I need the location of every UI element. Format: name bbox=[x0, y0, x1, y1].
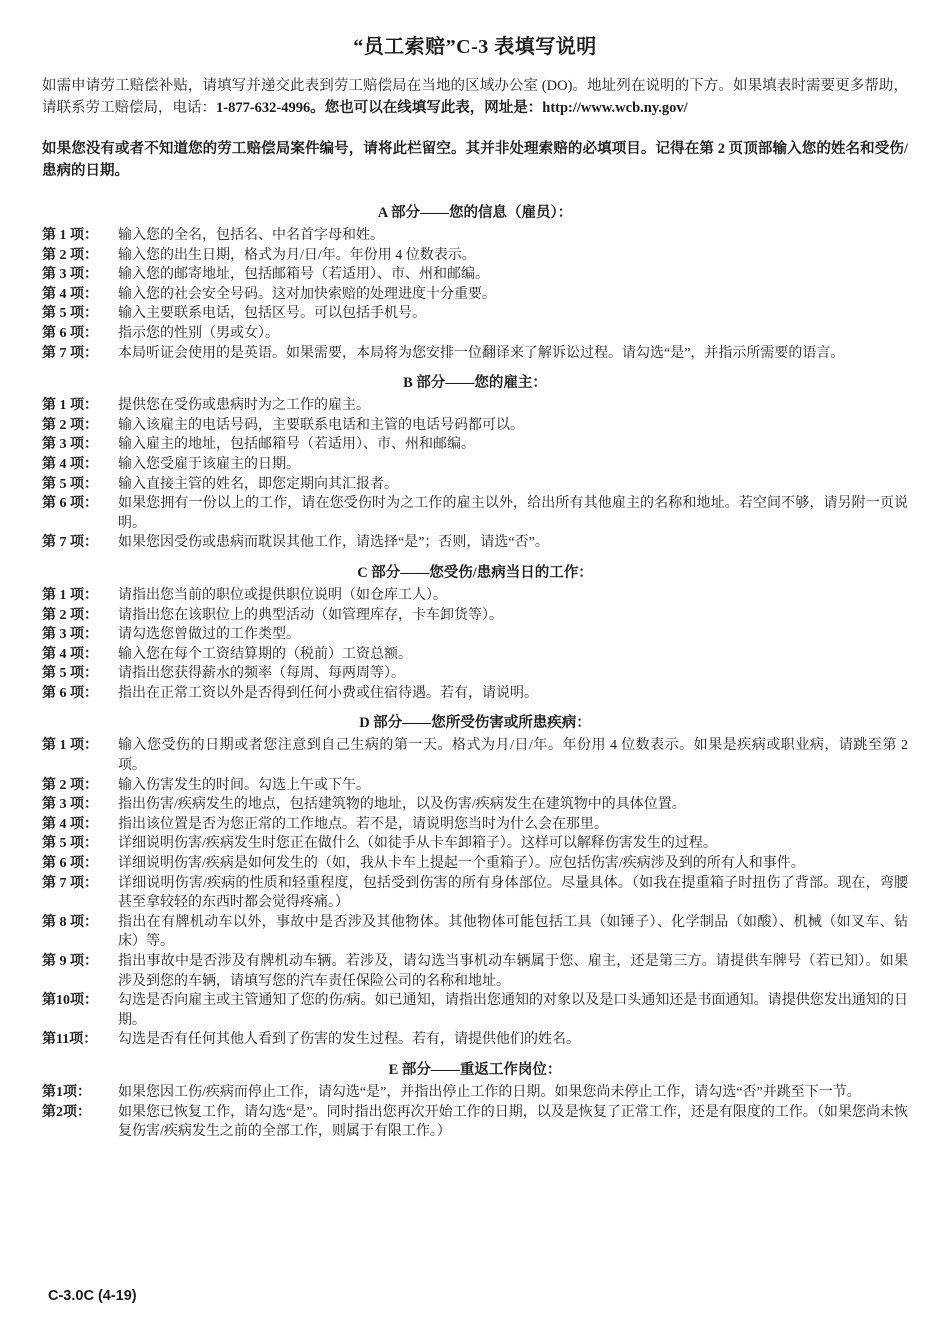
item-number-label: 第 1 项： bbox=[42, 586, 118, 606]
instruction-item: 第 4 项：指出该位置是否为您正常的工作地点。若不是，请说明您当时为什么会在那里… bbox=[42, 815, 908, 835]
item-number-label: 第 2 项： bbox=[42, 606, 118, 626]
instruction-item: 第 6 项：如果您拥有一份以上的工作，请在您受伤时为之工作的雇主以外，给出所有其… bbox=[42, 494, 908, 533]
item-text: 输入您的社会安全号码。这对加快索赔的处理进度十分重要。 bbox=[118, 285, 908, 305]
item-text: 勾选是否向雇主或主管通知了您的伤/病。如已通知，请指出您通知的对象以及是口头通知… bbox=[118, 991, 908, 1030]
section-c: C 部分——您受伤/患病当日的工作： 第 1 项：请指出您当前的职位或提供职位说… bbox=[42, 561, 908, 704]
instruction-item: 第 2 项：输入您的出生日期，格式为月/日/年。年份用 4 位数表示。 bbox=[42, 246, 908, 266]
item-number-label: 第 8 项： bbox=[42, 913, 118, 952]
item-number-label: 第 6 项： bbox=[42, 494, 118, 533]
item-number-label: 第 3 项： bbox=[42, 265, 118, 285]
item-text: 指出事故中是否涉及有牌机动车辆。若涉及，请勾选当事机动车辆属于您、雇主，还是第三… bbox=[118, 952, 908, 991]
instruction-item: 第 7 项：如果您因受伤或患病而耽误其他工作，请选择“是”；否则，请选“否”。 bbox=[42, 533, 908, 553]
item-text: 详细说明伤害/疾病是如何发生的（如，我从卡车上提起一个重箱子）。应包括伤害/疾病… bbox=[118, 854, 908, 874]
item-text: 输入您的邮寄地址，包括邮箱号（若适用）、市、州和邮编。 bbox=[118, 265, 908, 285]
item-number-label: 第 6 项： bbox=[42, 324, 118, 344]
item-number-label: 第 5 项： bbox=[42, 475, 118, 495]
item-text: 本局听证会使用的是英语。如果需要，本局将为您安排一位翻译来了解诉讼过程。请勾选“… bbox=[118, 344, 908, 364]
instruction-item: 第 2 项：请指出您在该职位上的典型活动（如管理库存，卡车卸货等）。 bbox=[42, 606, 908, 626]
section-d: D 部分——您所受伤害或所患疾病： 第 1 项：输入您受伤的日期或者您注意到自己… bbox=[42, 711, 908, 1050]
item-text: 指出该位置是否为您正常的工作地点。若不是，请说明您当时为什么会在那里。 bbox=[118, 815, 908, 835]
item-text: 请指出您在该职位上的典型活动（如管理库存，卡车卸货等）。 bbox=[118, 606, 908, 626]
item-text: 输入您在每个工资结算期的（税前）工资总额。 bbox=[118, 645, 908, 665]
item-number-label: 第 2 项： bbox=[42, 776, 118, 796]
item-text: 请指出您获得薪水的频率（每周、每两周等）。 bbox=[118, 664, 908, 684]
instruction-item: 第 6 项：指出在正常工资以外是否得到任何小费或住宿待遇。若有，请说明。 bbox=[42, 684, 908, 704]
section-b: B 部分——您的雇主： 第 1 项：提供您在受伤或患病时为之工作的雇主。 第 2… bbox=[42, 371, 908, 553]
section-a-heading: A 部分——您的信息（雇员）： bbox=[42, 201, 908, 222]
item-text: 请指出您当前的职位或提供职位说明（如仓库工人）。 bbox=[118, 586, 908, 606]
item-text: 输入该雇主的电话号码，主要联系电话和主管的电话号码都可以。 bbox=[118, 416, 908, 436]
instruction-item: 第 2 项：输入该雇主的电话号码，主要联系电话和主管的电话号码都可以。 bbox=[42, 416, 908, 436]
instruction-item: 第 7 项：详细说明伤害/疾病的性质和轻重程度，包括受到伤害的所有身体部位。尽量… bbox=[42, 874, 908, 913]
item-number-label: 第 1 项： bbox=[42, 396, 118, 416]
intro-text-bold: 。您也可以在线填写此表，网址是： bbox=[310, 100, 542, 116]
item-text: 提供您在受伤或患病时为之工作的雇主。 bbox=[118, 396, 908, 416]
item-text: 输入您受伤的日期或者您注意到自己生病的第一天。格式为月/日/年。年份用 4 位数… bbox=[118, 736, 908, 775]
item-text: 指出伤害/疾病发生的地点，包括建筑物的地址，以及伤害/疾病发生在建筑物中的具体位… bbox=[118, 795, 908, 815]
section-e: E 部分——重返工作岗位： 第1项：如果您因工伤/疾病而停止工作，请勾选“是”，… bbox=[42, 1058, 908, 1142]
instruction-item: 第1项：如果您因工伤/疾病而停止工作，请勾选“是”，并指出停止工作的日期。如果您… bbox=[42, 1083, 908, 1103]
item-number-label: 第 5 项： bbox=[42, 304, 118, 324]
item-number-label: 第 5 项： bbox=[42, 834, 118, 854]
intro-paragraph-1: 如需申请劳工赔偿补贴，请填写并递交此表到劳工赔偿局在当地的区域办公室 (DO)。… bbox=[42, 75, 908, 119]
item-text: 输入您的全名，包括名、中名首字母和姓。 bbox=[118, 226, 908, 246]
item-text: 请勾选您曾做过的工作类型。 bbox=[118, 625, 908, 645]
item-text: 勾选是否有任何其他人看到了伤害的发生过程。若有，请提供他们的姓名。 bbox=[118, 1030, 908, 1050]
item-text: 指出在正常工资以外是否得到任何小费或住宿待遇。若有，请说明。 bbox=[118, 684, 908, 704]
item-text: 详细说明伤害/疾病的性质和轻重程度，包括受到伤害的所有身体部位。尽量具体。（如我… bbox=[118, 874, 908, 913]
item-number-label: 第10项： bbox=[42, 991, 118, 1030]
item-text: 指示您的性别（男或女）。 bbox=[118, 324, 908, 344]
item-text: 如果您因受伤或患病而耽误其他工作，请选择“是”；否则，请选“否”。 bbox=[118, 533, 908, 553]
instruction-item: 第 9 项：指出事故中是否涉及有牌机动车辆。若涉及，请勾选当事机动车辆属于您、雇… bbox=[42, 952, 908, 991]
phone-number: 1-877-632-4996 bbox=[216, 100, 310, 116]
instruction-item: 第 4 项：输入您在每个工资结算期的（税前）工资总额。 bbox=[42, 645, 908, 665]
instruction-item: 第11项：勾选是否有任何其他人看到了伤害的发生过程。若有，请提供他们的姓名。 bbox=[42, 1030, 908, 1050]
item-text: 输入伤害发生的时间。勾选上午或下午。 bbox=[118, 776, 908, 796]
instruction-item: 第 7 项：本局听证会使用的是英语。如果需要，本局将为您安排一位翻译来了解诉讼过… bbox=[42, 344, 908, 364]
instruction-item: 第10项：勾选是否向雇主或主管通知了您的伤/病。如已通知，请指出您通知的对象以及… bbox=[42, 991, 908, 1030]
section-e-heading: E 部分——重返工作岗位： bbox=[42, 1058, 908, 1079]
item-text: 输入您的出生日期，格式为月/日/年。年份用 4 位数表示。 bbox=[118, 246, 908, 266]
item-text: 输入直接主管的姓名，即您定期向其汇报者。 bbox=[118, 475, 908, 495]
instruction-item: 第 1 项：输入您受伤的日期或者您注意到自己生病的第一天。格式为月/日/年。年份… bbox=[42, 736, 908, 775]
item-number-label: 第 5 项： bbox=[42, 664, 118, 684]
form-code: C-3.0C (4-19) bbox=[48, 1288, 137, 1304]
instruction-item: 第 5 项：详细说明伤害/疾病发生时您正在做什么（如徒手从卡车卸箱子）。这样可以… bbox=[42, 834, 908, 854]
item-number-label: 第 2 项： bbox=[42, 416, 118, 436]
instruction-item: 第 8 项：指出在有牌机动车以外，事故中是否涉及其他物体。其他物体可能包括工具（… bbox=[42, 913, 908, 952]
instruction-item: 第 3 项：输入雇主的地址，包括邮箱号（若适用）、市、州和邮编。 bbox=[42, 435, 908, 455]
instruction-item: 第 4 项：输入您的社会安全号码。这对加快索赔的处理进度十分重要。 bbox=[42, 285, 908, 305]
website-url: http://www.wcb.ny.gov/ bbox=[542, 100, 687, 116]
item-number-label: 第 7 项： bbox=[42, 874, 118, 913]
item-number-label: 第 6 项： bbox=[42, 854, 118, 874]
page-title: “员工索赔”C-3 表填写说明 bbox=[42, 30, 908, 59]
item-number-label: 第 6 项： bbox=[42, 684, 118, 704]
instruction-item: 第 1 项：请指出您当前的职位或提供职位说明（如仓库工人）。 bbox=[42, 586, 908, 606]
instruction-item: 第 3 项：请勾选您曾做过的工作类型。 bbox=[42, 625, 908, 645]
instruction-item: 第 1 项：提供您在受伤或患病时为之工作的雇主。 bbox=[42, 396, 908, 416]
item-number-label: 第 3 项： bbox=[42, 625, 118, 645]
item-number-label: 第 3 项： bbox=[42, 795, 118, 815]
item-number-label: 第 4 项： bbox=[42, 645, 118, 665]
item-number-label: 第 4 项： bbox=[42, 285, 118, 305]
instruction-item: 第 6 项：详细说明伤害/疾病是如何发生的（如，我从卡车上提起一个重箱子）。应包… bbox=[42, 854, 908, 874]
intro-paragraph-2: 如果您没有或者不知道您的劳工赔偿局案件编号，请将此栏留空。其并非处理索赔的必填项… bbox=[42, 138, 908, 182]
instruction-item: 第 6 项：指示您的性别（男或女）。 bbox=[42, 324, 908, 344]
instruction-item: 第 2 项：输入伤害发生的时间。勾选上午或下午。 bbox=[42, 776, 908, 796]
item-number-label: 第1项： bbox=[42, 1083, 118, 1103]
instruction-item: 第 5 项：请指出您获得薪水的频率（每周、每两周等）。 bbox=[42, 664, 908, 684]
item-number-label: 第11项： bbox=[42, 1030, 118, 1050]
item-text: 输入您受雇于该雇主的日期。 bbox=[118, 455, 908, 475]
item-text: 输入主要联系电话，包括区号。可以包括手机号。 bbox=[118, 304, 908, 324]
instruction-item: 第 4 项：输入您受雇于该雇主的日期。 bbox=[42, 455, 908, 475]
item-text: 输入雇主的地址，包括邮箱号（若适用）、市、州和邮编。 bbox=[118, 435, 908, 455]
section-d-heading: D 部分——您所受伤害或所患疾病： bbox=[42, 711, 908, 732]
item-number-label: 第 1 项： bbox=[42, 736, 118, 775]
section-c-heading: C 部分——您受伤/患病当日的工作： bbox=[42, 561, 908, 582]
item-number-label: 第 3 项： bbox=[42, 435, 118, 455]
document-page: “员工索赔”C-3 表填写说明 如需申请劳工赔偿补贴，请填写并递交此表到劳工赔偿… bbox=[0, 0, 950, 1142]
item-number-label: 第 7 项： bbox=[42, 533, 118, 553]
item-text: 如果您已恢复工作，请勾选“是”。同时指出您再次开始工作的日期，以及是恢复了正常工… bbox=[118, 1103, 908, 1142]
instruction-item: 第 3 项：输入您的邮寄地址，包括邮箱号（若适用）、市、州和邮编。 bbox=[42, 265, 908, 285]
section-a: A 部分——您的信息（雇员）： 第 1 项：输入您的全名，包括名、中名首字母和姓… bbox=[42, 201, 908, 363]
item-number-label: 第 7 项： bbox=[42, 344, 118, 364]
item-number-label: 第2项： bbox=[42, 1103, 118, 1142]
item-text: 指出在有牌机动车以外，事故中是否涉及其他物体。其他物体可能包括工具（如锤子）、化… bbox=[118, 913, 908, 952]
instruction-item: 第 3 项：指出伤害/疾病发生的地点，包括建筑物的地址，以及伤害/疾病发生在建筑… bbox=[42, 795, 908, 815]
instruction-item: 第 5 项：输入直接主管的姓名，即您定期向其汇报者。 bbox=[42, 475, 908, 495]
item-number-label: 第 4 项： bbox=[42, 815, 118, 835]
instruction-item: 第 5 项：输入主要联系电话，包括区号。可以包括手机号。 bbox=[42, 304, 908, 324]
item-number-label: 第 4 项： bbox=[42, 455, 118, 475]
instruction-item: 第2项：如果您已恢复工作，请勾选“是”。同时指出您再次开始工作的日期，以及是恢复… bbox=[42, 1103, 908, 1142]
item-number-label: 第 1 项： bbox=[42, 226, 118, 246]
item-number-label: 第 9 项： bbox=[42, 952, 118, 991]
item-text: 如果您因工伤/疾病而停止工作，请勾选“是”，并指出停止工作的日期。如果您尚未停止… bbox=[118, 1083, 908, 1103]
item-number-label: 第 2 项： bbox=[42, 246, 118, 266]
instruction-item: 第 1 项：输入您的全名，包括名、中名首字母和姓。 bbox=[42, 226, 908, 246]
item-text: 如果您拥有一份以上的工作，请在您受伤时为之工作的雇主以外，给出所有其他雇主的名称… bbox=[118, 494, 908, 533]
section-b-heading: B 部分——您的雇主： bbox=[42, 371, 908, 392]
item-text: 详细说明伤害/疾病发生时您正在做什么（如徒手从卡车卸箱子）。这样可以解释伤害发生… bbox=[118, 834, 908, 854]
